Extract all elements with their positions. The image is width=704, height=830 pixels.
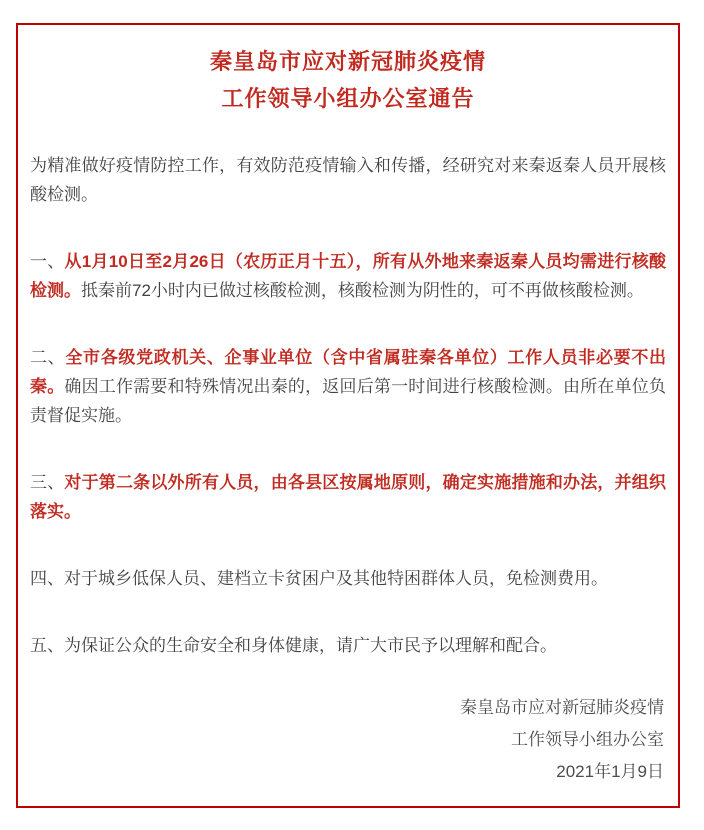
- signature-date: 2021年1月9日: [30, 756, 664, 788]
- paragraph-text: 为保证公众的生命安全和身体健康，请广大市民予以理解和配合。: [64, 636, 557, 655]
- notice-paragraph-5: 五、为保证公众的生命安全和身体健康，请广大市民予以理解和配合。: [30, 631, 666, 660]
- notice-paragraph-4: 四、对于城乡低保人员、建档立卡贫困户及其他特困群体人员，免检测费用。: [30, 564, 666, 593]
- notice-frame: 秦皇岛市应对新冠肺炎疫情 工作领导小组办公室通告 为精准做好疫情防控工作，有效防…: [16, 23, 680, 808]
- notice-title-line-1: 秦皇岛市应对新冠肺炎疫情: [30, 43, 666, 80]
- paragraph-number: 五、: [30, 636, 64, 655]
- paragraph-number: 四、: [30, 569, 64, 588]
- paragraph-text: 为精准做好疫情防控工作，有效防范疫情输入和传播，经研究对来秦返秦人员开展核酸检测…: [30, 156, 666, 204]
- paragraph-text: 确因工作需要和特殊情况出秦的，返回后第一时间进行核酸检测。由所在单位负责督促实施…: [30, 377, 666, 425]
- paragraph-number: 三、: [30, 473, 64, 492]
- paragraph-emphasis: 对于第二条以外所有人员，由各县区按属地原则，确定实施措施和办法，并组织落实。: [30, 473, 666, 521]
- notice-paragraph-1: 一、从1月10日至2月26日（农历正月十五），所有从外地来秦返秦人员均需进行核酸…: [30, 247, 666, 305]
- notice-paragraph-3: 三、对于第二条以外所有人员，由各县区按属地原则，确定实施措施和办法，并组织落实。: [30, 468, 666, 526]
- paragraph-number: 二、: [30, 348, 65, 367]
- notice-body: 为精准做好疫情防控工作，有效防范疫情输入和传播，经研究对来秦返秦人员开展核酸检测…: [30, 151, 666, 660]
- notice-paragraph-intro: 为精准做好疫情防控工作，有效防范疫情输入和传播，经研究对来秦返秦人员开展核酸检测…: [30, 151, 666, 209]
- signature-block: 秦皇岛市应对新冠肺炎疫情 工作领导小组办公室 2021年1月9日: [30, 692, 666, 788]
- signature-org-line-1: 秦皇岛市应对新冠肺炎疫情: [30, 692, 664, 724]
- paragraph-text: 对于城乡低保人员、建档立卡贫困户及其他特困群体人员，免检测费用。: [64, 569, 608, 588]
- notice-paragraph-2: 二、全市各级党政机关、企事业单位（含中省属驻秦各单位）工作人员非必要不出秦。确因…: [30, 343, 666, 430]
- notice-title: 秦皇岛市应对新冠肺炎疫情 工作领导小组办公室通告: [30, 43, 666, 117]
- paragraph-text: 抵秦前72小时内已做过核酸检测，核酸检测为阴性的，可不再做核酸检测。: [81, 281, 644, 300]
- paragraph-number: 一、: [30, 252, 65, 271]
- signature-org-line-2: 工作领导小组办公室: [30, 724, 664, 756]
- notice-title-line-2: 工作领导小组办公室通告: [30, 80, 666, 117]
